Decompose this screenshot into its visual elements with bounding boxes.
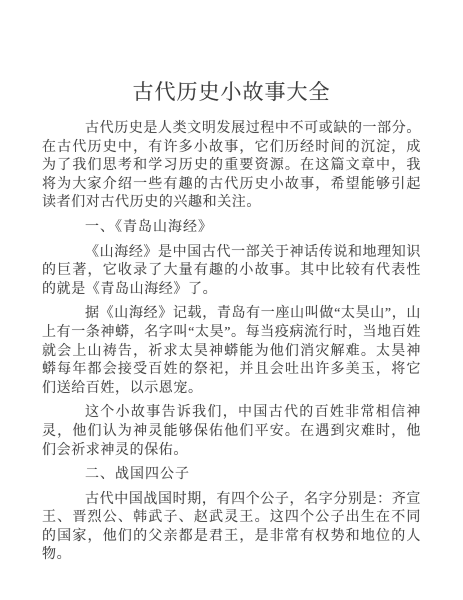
section-heading-1: 一、《青岛山海经》 [42,219,421,238]
section-heading-2: 二、战国四公子 [42,466,421,485]
document-body: 古代历史是人类文明发展过程中不可或缺的一部分。在古代历史中，有许多小故事，它们历… [42,120,421,565]
section1-paragraph-2: 据《山海经》记载，青岛有一座山叫做“太昊山”，山上有一条神蟒，名字叫“太昊”。每… [42,305,421,398]
document-page: 古代历史小故事大全 古代历史是人类文明发展过程中不可或缺的一部分。在古代历史中，… [0,0,463,600]
document-title: 古代历史小故事大全 [42,80,421,104]
intro-paragraph: 古代历史是人类文明发展过程中不可或缺的一部分。在古代历史中，有许多小故事，它们历… [42,120,421,213]
section2-paragraph-1: 古代中国战国时期，有四个公子，名字分别是：齐宣王、晋烈公、韩武子、赵武灵王。这四… [42,491,421,565]
section1-paragraph-3: 这个小故事告诉我们，中国古代的百姓非常相信神灵，他们认为神灵能够保佑他们平安。在… [42,404,421,460]
section1-paragraph-1: 《山海经》是中国古代一部关于神话传说和地理知识的巨著，它收录了大量有趣的小故事。… [42,244,421,300]
